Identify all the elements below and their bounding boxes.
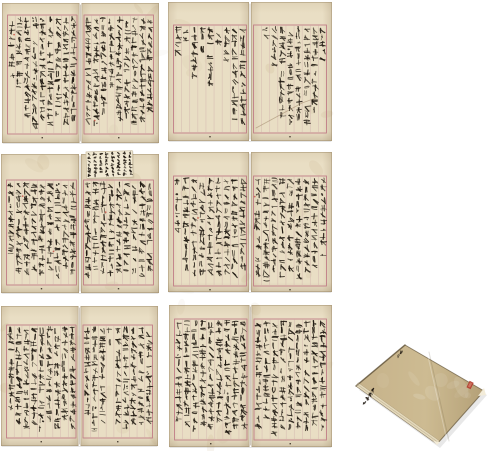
manuscript-page-recto (250, 2, 332, 141)
manuscript-spread-top-left (2, 3, 159, 143)
manuscript-page-recto (81, 3, 160, 143)
manuscript-page-recto (250, 152, 332, 292)
manuscript-spread-bottom-right (169, 305, 332, 447)
auction-lot-photo (0, 0, 492, 451)
manuscript-page-recto (251, 305, 333, 447)
manuscript-page-verso (169, 305, 251, 447)
manuscript-spread-middle-right (168, 152, 332, 292)
red-seal (467, 381, 475, 391)
manuscript-page-verso (1, 154, 80, 293)
manuscript-spread-bottom-left (1, 306, 158, 446)
book-cover (356, 345, 484, 444)
cover-title-label (369, 386, 395, 404)
pasted-annotation-slip (86, 151, 133, 178)
manuscript-page-verso (168, 2, 250, 141)
manuscript-page-verso (1, 306, 80, 446)
manuscript-spread-middle-left (1, 154, 159, 293)
manuscript-spread-top-right (168, 2, 332, 141)
manuscript-page-verso (2, 3, 81, 143)
manuscript-page-verso (168, 152, 250, 292)
manuscript-page-recto (80, 306, 159, 446)
